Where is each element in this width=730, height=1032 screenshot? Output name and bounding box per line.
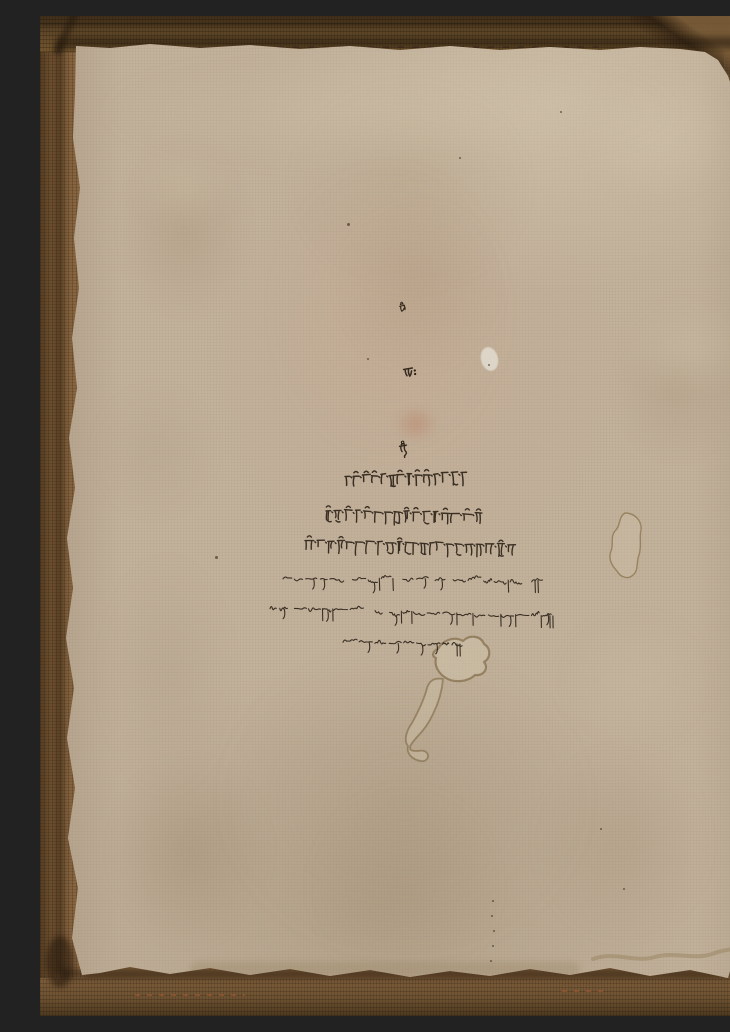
speck-1 [347, 223, 350, 226]
bottom-red-stitching-right [562, 990, 608, 992]
inscription-line-2 [326, 506, 482, 527]
inscription-line-5 [270, 603, 554, 630]
ghost-light-wash-top [100, 56, 680, 166]
inscription-line-4 [283, 573, 543, 595]
speck-2 [367, 358, 369, 360]
speck-10 [600, 828, 602, 830]
speck-0 [459, 157, 461, 159]
seam-shadow-left [55, 44, 64, 974]
bottom-red-stitching-left [135, 994, 245, 996]
speck-5 [491, 915, 493, 917]
ghost-rose-wash-center [275, 166, 505, 456]
inscription-line-1 [345, 469, 467, 489]
ghost-halo-top-left [132, 144, 237, 229]
ghost-light-patch-right-low [560, 616, 710, 746]
speck-7 [492, 945, 494, 947]
canvas-art-layer [40, 16, 730, 1016]
speck-8 [490, 960, 492, 962]
border-crease [40, 23, 730, 25]
ghost-deity-left-middle [95, 386, 215, 516]
red-blot-stain [394, 405, 438, 443]
speck-12 [560, 111, 562, 113]
cotton-canvas [60, 38, 730, 988]
speck-11 [488, 364, 490, 366]
speck-4 [492, 900, 494, 902]
waterline-bottom-right [593, 947, 730, 959]
thangka-verso-photo [40, 16, 730, 1016]
speck-9 [623, 888, 625, 890]
ghost-shadow-wash-bottom [220, 646, 590, 956]
inscription-line-3 [305, 536, 516, 559]
border-fabric-bottom [40, 978, 730, 1016]
speck-3 [215, 556, 218, 559]
speck-6 [493, 930, 495, 932]
water-stain-right [610, 513, 641, 578]
